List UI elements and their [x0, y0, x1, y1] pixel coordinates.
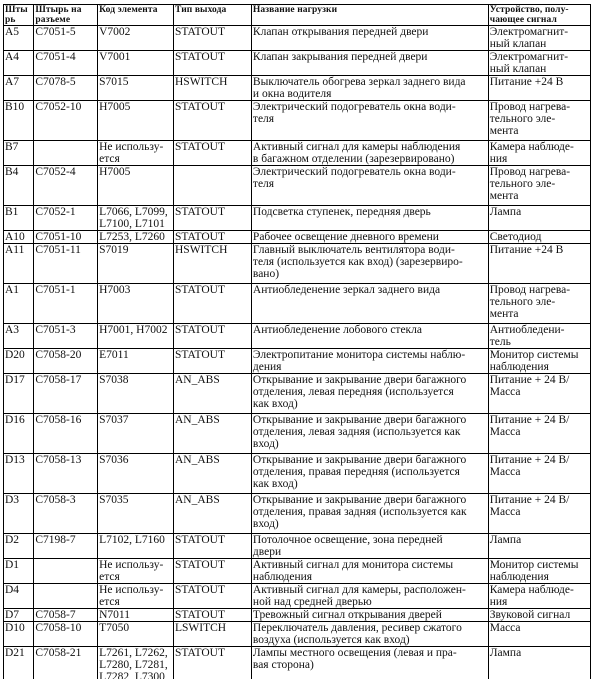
output-type-cell-text: AN_ABS — [175, 494, 250, 506]
element-code-cell-text: N7011 — [99, 609, 172, 621]
load-name-cell-text: Открывание и закрывание двери багажного … — [253, 374, 487, 410]
output-type-cell: STATOUT — [174, 26, 252, 51]
element-code-cell: H7005 — [98, 166, 174, 206]
output-type-cell: STATOUT — [174, 559, 252, 584]
header-element-code: Код элемента — [98, 5, 174, 26]
header-connector-pin-text: Штырь на разъеме — [35, 5, 96, 25]
load-name-cell-text: Активный сигнал для монитора системы наб… — [253, 559, 487, 583]
load-name-cell-text: Открывание и закрывание двери багажного … — [253, 454, 487, 490]
header-pin-text: Шты рь — [5, 5, 32, 25]
output-type-cell-text: STATOUT — [175, 141, 250, 153]
load-name-cell: Главный выключатель вентилятора води- те… — [251, 244, 488, 284]
connector-pin-cell-text: C7051-11 — [35, 244, 96, 256]
element-code-cell: Не использу- ется — [98, 141, 174, 166]
element-code-cell-text: H7003 — [99, 284, 172, 296]
receiving-device-cell-text: Питание +24 В — [490, 244, 589, 256]
connector-pin-cell-text: C7051-5 — [35, 26, 96, 38]
load-name-cell: Электрический подогреватель окна води- т… — [251, 101, 488, 141]
receiving-device-cell: Провод нагрева- тельного эле- мента — [488, 284, 590, 324]
connector-pin-cell-text: C7058-20 — [35, 349, 96, 361]
connector-pin-cell-text: C7052-4 — [35, 166, 96, 178]
pin-cell-text: B4 — [5, 166, 32, 178]
element-code-cell: L7253, L7260 — [98, 231, 174, 244]
load-name-cell: Активный сигнал для камеры наблюдения в … — [251, 141, 488, 166]
connector-pin-cell: C7052-1 — [34, 206, 98, 231]
table-row: D20C7058-20E7011STATOUTЭлектропитание мо… — [4, 349, 591, 374]
element-code-cell-text: Не использу- ется — [99, 559, 172, 583]
table-row: D1Не использу- етсяSTATOUTАктивный сигна… — [4, 559, 591, 584]
output-type-cell: LSWITCH — [174, 622, 252, 647]
pin-cell-text: D21 — [5, 647, 32, 659]
pin-cell-text: D16 — [5, 414, 32, 426]
element-code-cell-text: E7011 — [99, 349, 172, 361]
connector-pin-cell: C7058-21 — [34, 647, 98, 679]
output-type-cell-text: STATOUT — [175, 647, 250, 659]
load-name-cell-text: Клапан закрывания передней двери — [253, 51, 487, 63]
table-row: D4Не использу- етсяSTATOUTАктивный сигна… — [4, 584, 591, 609]
load-name-cell: Подсветка ступенек, передняя дверь — [251, 206, 488, 231]
pin-cell: D4 — [4, 584, 34, 609]
pin-cell: B4 — [4, 166, 34, 206]
element-code-cell: S7036 — [98, 454, 174, 494]
output-type-cell-text: AN_ABS — [175, 454, 250, 466]
output-type-cell: STATOUT — [174, 51, 252, 76]
element-code-cell: S7037 — [98, 414, 174, 454]
element-code-cell: L7102, L7160 — [98, 534, 174, 559]
pin-cell: B10 — [4, 101, 34, 141]
table-row: A4C7051-4V7001STATOUTКлапан закрывания п… — [4, 51, 591, 76]
table-row: A10C7051-10L7253, L7260STATOUTРабочее ос… — [4, 231, 591, 244]
table-row: A1C7051-1H7003STATOUTАнтиобледенение зер… — [4, 284, 591, 324]
output-type-cell-text: STATOUT — [175, 559, 250, 571]
output-type-cell: HSWITCH — [174, 76, 252, 101]
connector-pin-cell: C7058-10 — [34, 622, 98, 647]
table-row: D10C7058-10T7050LSWITCHПереключатель дав… — [4, 622, 591, 647]
load-name-cell-text: Электропитание монитора системы наблю- д… — [253, 349, 487, 373]
element-code-cell: S7035 — [98, 494, 174, 534]
load-name-cell: Открывание и закрывание двери багажного … — [251, 454, 488, 494]
pin-cell: A1 — [4, 284, 34, 324]
pin-cell-text: D3 — [5, 494, 32, 506]
output-type-cell: STATOUT — [174, 647, 252, 679]
pin-cell-text: D10 — [5, 622, 32, 634]
output-type-cell: AN_ABS — [174, 494, 252, 534]
load-name-cell-text: Клапан открывания передней двери — [253, 26, 487, 38]
element-code-cell: S7019 — [98, 244, 174, 284]
load-name-cell: Открывание и закрывание двери багажного … — [251, 494, 488, 534]
load-name-cell-text: Рабочее освещение дневного времени — [253, 231, 487, 243]
pin-cell-text: A5 — [5, 26, 32, 38]
receiving-device-cell: Монитор системы наблюдения — [488, 559, 590, 584]
output-type-cell-text: STATOUT — [175, 26, 250, 38]
output-type-cell: AN_ABS — [174, 414, 252, 454]
element-code-cell-text: H7005 — [99, 101, 172, 113]
pin-cell-text: B1 — [5, 206, 32, 218]
load-name-cell: Рабочее освещение дневного времени — [251, 231, 488, 244]
element-code-cell-text: L7253, L7260 — [99, 231, 172, 243]
pin-cell-text: B7 — [5, 141, 32, 153]
connector-pin-cell: C7052-4 — [34, 166, 98, 206]
output-type-cell-text: STATOUT — [175, 231, 250, 243]
load-name-cell: Лампы местного освещения (левая и пра- в… — [251, 647, 488, 679]
load-name-cell-text: Выключатель обогрева зеркал заднего вида… — [253, 76, 487, 100]
connector-pin-cell: C7078-5 — [34, 76, 98, 101]
connector-pin-cell: C7052-10 — [34, 101, 98, 141]
load-name-cell-text: Переключатель давления, ресивер сжатого … — [253, 622, 487, 646]
output-type-cell — [174, 166, 252, 206]
connector-pin-cell-text: C7052-1 — [35, 206, 96, 218]
load-name-cell-text: Активный сигнал для камеры наблюдения в … — [253, 141, 487, 165]
element-code-cell: V7002 — [98, 26, 174, 51]
load-name-cell-text: Антиобледенение лобового стекла — [253, 324, 487, 336]
load-name-cell-text: Активный сигнал для камеры, расположен- … — [253, 584, 487, 608]
load-name-cell: Выключатель обогрева зеркал заднего вида… — [251, 76, 488, 101]
element-code-cell: Не использу- ется — [98, 559, 174, 584]
element-code-cell: V7001 — [98, 51, 174, 76]
load-name-cell-text: Электрический подогреватель окна води- т… — [253, 101, 487, 125]
pin-cell-text: A7 — [5, 76, 32, 88]
table-row: D13C7058-13S7036AN_ABSОткрывание и закры… — [4, 454, 591, 494]
output-type-cell: HSWITCH — [174, 244, 252, 284]
connector-pin-cell-text: C7058-10 — [35, 622, 96, 634]
connector-pin-cell: C7051-11 — [34, 244, 98, 284]
output-type-cell: STATOUT — [174, 231, 252, 244]
table-row: D17C7058-17S7038AN_ABSОткрывание и закры… — [4, 374, 591, 414]
connector-pin-cell-text: C7058-16 — [35, 414, 96, 426]
load-name-cell: Активный сигнал для монитора системы наб… — [251, 559, 488, 584]
table-row: B10C7052-10H7005STATOUTЭлектрический под… — [4, 101, 591, 141]
receiving-device-cell-text: Лампа — [490, 206, 589, 218]
output-type-cell: STATOUT — [174, 609, 252, 622]
output-type-cell-text: HSWITCH — [175, 244, 250, 256]
element-code-cell-text: S7035 — [99, 494, 172, 506]
receiving-device-cell: Камера наблюде- ния — [488, 584, 590, 609]
connector-pin-cell: C7051-1 — [34, 284, 98, 324]
pin-cell: D7 — [4, 609, 34, 622]
pin-cell-text: D13 — [5, 454, 32, 466]
receiving-device-cell-text: Питание + 24 В/ Масса — [490, 414, 589, 438]
element-code-cell-text: T7050 — [99, 622, 172, 634]
output-type-cell: STATOUT — [174, 206, 252, 231]
load-name-cell-text: Подсветка ступенек, передняя дверь — [253, 206, 487, 218]
connector-pin-cell-text: C7051-3 — [35, 324, 96, 336]
load-name-cell: Электрический подогреватель окна води- т… — [251, 166, 488, 206]
connector-pin-cell: C7058-20 — [34, 349, 98, 374]
load-name-cell: Антиобледенение лобового стекла — [251, 324, 488, 349]
connector-pin-cell — [34, 141, 98, 166]
element-code-cell-text: V7001 — [99, 51, 172, 63]
connector-pin-cell — [34, 559, 98, 584]
output-type-cell: STATOUT — [174, 324, 252, 349]
output-type-cell: STATOUT — [174, 101, 252, 141]
load-name-cell: Открывание и закрывание двери багажного … — [251, 374, 488, 414]
receiving-device-cell: Монитор системы наблюдения — [488, 349, 590, 374]
receiving-device-cell: Электромагнит- ный клапан — [488, 51, 590, 76]
header-element-code-text: Код элемента — [99, 5, 172, 15]
connector-pin-cell: C7051-4 — [34, 51, 98, 76]
connector-pin-cell: C7058-3 — [34, 494, 98, 534]
connector-pin-cell: C7058-13 — [34, 454, 98, 494]
pin-cell: A11 — [4, 244, 34, 284]
connector-pin-cell: C7058-16 — [34, 414, 98, 454]
header-pin: Шты рь — [4, 5, 34, 26]
pin-cell: A5 — [4, 26, 34, 51]
pin-cell: D3 — [4, 494, 34, 534]
output-type-cell-text: STATOUT — [175, 349, 250, 361]
connector-pin-cell-text: C7051-10 — [35, 231, 96, 243]
receiving-device-cell: Питание + 24 В/ Масса — [488, 374, 590, 414]
output-type-cell-text: LSWITCH — [175, 622, 250, 634]
connector-pin-cell-text: C7058-7 — [35, 609, 96, 621]
table-row: B1C7052-1L7066, L7099, L7100, L7101STATO… — [4, 206, 591, 231]
pin-cell: D2 — [4, 534, 34, 559]
table-header-row: Шты рь Штырь на разъеме Код элемента Тип… — [4, 5, 591, 26]
receiving-device-cell-text: Светодиод — [490, 231, 589, 243]
receiving-device-cell: Питание + 24 В/ Масса — [488, 454, 590, 494]
pin-cell: D21 — [4, 647, 34, 679]
element-code-cell: H7005 — [98, 101, 174, 141]
pin-cell-text: D7 — [5, 609, 32, 621]
header-connector-pin: Штырь на разъеме — [34, 5, 98, 26]
element-code-cell: Не использу- ется — [98, 584, 174, 609]
element-code-cell-text: S7037 — [99, 414, 172, 426]
output-type-cell-text: STATOUT — [175, 51, 250, 63]
receiving-device-cell: Звуковой сигнал — [488, 609, 590, 622]
output-type-cell: AN_ABS — [174, 454, 252, 494]
connector-pin-cell-text: C7058-3 — [35, 494, 96, 506]
pin-cell: D16 — [4, 414, 34, 454]
receiving-device-cell-text: Питание +24 В — [490, 76, 589, 88]
header-output-type-text: Тип выхода — [175, 5, 250, 15]
pin-cell-text: A10 — [5, 231, 32, 243]
table-row: A7C7078-5S7015HSWITCHВыключатель обогрев… — [4, 76, 591, 101]
element-code-cell: E7011 — [98, 349, 174, 374]
connector-pin-cell-text: C7058-17 — [35, 374, 96, 386]
load-name-cell-text: Электрический подогреватель окна води- т… — [253, 166, 487, 190]
element-code-cell: S7038 — [98, 374, 174, 414]
pin-cell: D13 — [4, 454, 34, 494]
receiving-device-cell: Провод нагрева- тельного эле- мента — [488, 166, 590, 206]
table-row: B4C7052-4H7005Электрический подогревател… — [4, 166, 591, 206]
table-body: A5C7051-5V7002STATOUTКлапан открывания п… — [4, 26, 591, 679]
connector-pin-cell: C7058-7 — [34, 609, 98, 622]
receiving-device-cell-text: Монитор системы наблюдения — [490, 349, 589, 373]
pin-cell-text: D2 — [5, 534, 32, 546]
load-name-cell: Тревожный сигнал открывания дверей — [251, 609, 488, 622]
table-row: D2C7198-7L7102, L7160STATOUTПотолочное о… — [4, 534, 591, 559]
receiving-device-cell: Питание +24 В — [488, 76, 590, 101]
output-type-cell: STATOUT — [174, 534, 252, 559]
connector-pin-cell: C7051-5 — [34, 26, 98, 51]
pin-cell: B1 — [4, 206, 34, 231]
connector-pin-cell: C7051-3 — [34, 324, 98, 349]
element-code-cell-text: L7066, L7099, L7100, L7101 — [99, 206, 172, 230]
header-receiving-device-text: Устройство, полу- чающее сигнал — [490, 5, 589, 25]
table-row: D16C7058-16S7037AN_ABSОткрывание и закры… — [4, 414, 591, 454]
load-name-cell: Открывание и закрывание двери багажного … — [251, 414, 488, 454]
pin-cell-text: D1 — [5, 559, 32, 571]
connector-pin-cell-text: C7058-21 — [35, 647, 96, 659]
pin-cell: A3 — [4, 324, 34, 349]
load-name-cell: Потолочное освещение, зона передней двер… — [251, 534, 488, 559]
load-name-cell-text: Открывание и закрывание двери багажного … — [253, 414, 487, 450]
output-type-cell-text: AN_ABS — [175, 374, 250, 386]
header-load-name: Название нагрузки — [251, 5, 488, 26]
pin-cell-text: A4 — [5, 51, 32, 63]
header-output-type: Тип выхода — [174, 5, 252, 26]
output-type-cell-text: STATOUT — [175, 101, 250, 113]
element-code-cell-text: Не использу- ется — [99, 141, 172, 165]
receiving-device-cell: Светодиод — [488, 231, 590, 244]
receiving-device-cell-text: Камера наблюде- ния — [490, 141, 589, 165]
pin-cell: D17 — [4, 374, 34, 414]
load-name-cell-text: Открывание и закрывание двери багажного … — [253, 494, 487, 530]
output-type-cell-text: AN_ABS — [175, 414, 250, 426]
load-name-cell: Переключатель давления, ресивер сжатого … — [251, 622, 488, 647]
header-load-name-text: Название нагрузки — [253, 5, 487, 15]
pin-cell: B7 — [4, 141, 34, 166]
receiving-device-cell-text: Электромагнит- ный клапан — [490, 26, 589, 50]
receiving-device-cell: Масса — [488, 622, 590, 647]
load-name-cell-text: Антиобледенение зеркал заднего вида — [253, 284, 487, 296]
receiving-device-cell-text: Провод нагрева- тельного эле- мента — [490, 166, 589, 202]
connector-pin-cell-text: C7051-4 — [35, 51, 96, 63]
receiving-device-cell: Питание + 24 В/ Масса — [488, 494, 590, 534]
pin-cell-text: B10 — [5, 101, 32, 113]
receiving-device-cell-text: Провод нагрева- тельного эле- мента — [490, 101, 589, 137]
receiving-device-cell-text: Электромагнит- ный клапан — [490, 51, 589, 75]
pin-cell-text: A3 — [5, 324, 32, 336]
connector-pin-cell — [34, 584, 98, 609]
pin-cell-text: A11 — [5, 244, 32, 256]
load-name-cell-text: Лампы местного освещения (левая и пра- в… — [253, 647, 487, 671]
output-type-cell: STATOUT — [174, 349, 252, 374]
pin-cell: D20 — [4, 349, 34, 374]
receiving-device-cell-text: Камера наблюде- ния — [490, 584, 589, 608]
receiving-device-cell: Лампа — [488, 206, 590, 231]
element-code-cell: N7011 — [98, 609, 174, 622]
table-row: A3C7051-3H7001, H7002STATOUTАнтиобледене… — [4, 324, 591, 349]
pin-cell-text: A1 — [5, 284, 32, 296]
connector-pin-cell-text: C7058-13 — [35, 454, 96, 466]
receiving-device-cell-text: Лампа — [490, 647, 589, 659]
element-code-cell-text: L7102, L7160 — [99, 534, 172, 546]
output-type-cell: STATOUT — [174, 141, 252, 166]
element-code-cell: L7261, L7262, L7280, L7281, L7282, L7300 — [98, 647, 174, 679]
pin-cell-text: D4 — [5, 584, 32, 596]
connector-pin-cell-text: C7078-5 — [35, 76, 96, 88]
element-code-cell: H7003 — [98, 284, 174, 324]
pin-cell-text: D17 — [5, 374, 32, 386]
output-type-cell-text: STATOUT — [175, 324, 250, 336]
receiving-device-cell-text: Звуковой сигнал — [490, 609, 589, 621]
output-type-cell-text: STATOUT — [175, 284, 250, 296]
output-type-cell-text: STATOUT — [175, 534, 250, 546]
receiving-device-cell-text: Питание + 24 В/ Масса — [490, 454, 589, 478]
load-name-cell-text: Главный выключатель вентилятора води- те… — [253, 244, 487, 280]
connector-pin-cell: C7051-10 — [34, 231, 98, 244]
element-code-cell-text: Не использу- ется — [99, 584, 172, 608]
pin-cell: D1 — [4, 559, 34, 584]
element-code-cell: S7015 — [98, 76, 174, 101]
pin-cell: A7 — [4, 76, 34, 101]
element-code-cell: T7050 — [98, 622, 174, 647]
table-row: D21C7058-21L7261, L7262, L7280, L7281, L… — [4, 647, 591, 679]
receiving-device-cell: Питание + 24 В/ Масса — [488, 414, 590, 454]
pin-assignment-table: Шты рь Штырь на разъеме Код элемента Тип… — [3, 4, 591, 679]
output-type-cell-text: STATOUT — [175, 206, 250, 218]
output-type-cell-text: STATOUT — [175, 609, 250, 621]
receiving-device-cell-text: Лампа — [490, 534, 589, 546]
element-code-cell-text: H7005 — [99, 166, 172, 178]
element-code-cell-text: S7019 — [99, 244, 172, 256]
element-code-cell-text: S7015 — [99, 76, 172, 88]
output-type-cell: STATOUT — [174, 284, 252, 324]
connector-pin-cell: C7058-17 — [34, 374, 98, 414]
output-type-cell: AN_ABS — [174, 374, 252, 414]
element-code-cell-text: S7038 — [99, 374, 172, 386]
connector-pin-cell: C7198-7 — [34, 534, 98, 559]
element-code-cell: L7066, L7099, L7100, L7101 — [98, 206, 174, 231]
load-name-cell: Клапан открывания передней двери — [251, 26, 488, 51]
receiving-device-cell: Лампа — [488, 534, 590, 559]
load-name-cell: Активный сигнал для камеры, расположен- … — [251, 584, 488, 609]
output-type-cell-text: STATOUT — [175, 584, 250, 596]
table-row: B7Не использу- етсяSTATOUTАктивный сигна… — [4, 141, 591, 166]
receiving-device-cell-text: Питание + 24 В/ Масса — [490, 374, 589, 398]
receiving-device-cell-text: Питание + 24 В/ Масса — [490, 494, 589, 518]
receiving-device-cell: Питание +24 В — [488, 244, 590, 284]
receiving-device-cell-text: Масса — [490, 622, 589, 634]
table-row: A11C7051-11S7019HSWITCHГлавный выключате… — [4, 244, 591, 284]
connector-pin-cell-text: C7198-7 — [35, 534, 96, 546]
receiving-device-cell-text: Провод нагрева- тельного эле- мента — [490, 284, 589, 320]
load-name-cell: Клапан закрывания передней двери — [251, 51, 488, 76]
load-name-cell: Антиобледенение зеркал заднего вида — [251, 284, 488, 324]
element-code-cell-text: H7001, H7002 — [99, 324, 172, 336]
element-code-cell-text: S7036 — [99, 454, 172, 466]
element-code-cell-text: V7002 — [99, 26, 172, 38]
receiving-device-cell: Электромагнит- ный клапан — [488, 26, 590, 51]
element-code-cell-text: L7261, L7262, L7280, L7281, L7282, L7300 — [99, 647, 172, 679]
pin-cell: A4 — [4, 51, 34, 76]
receiving-device-cell: Лампа — [488, 647, 590, 679]
element-code-cell: H7001, H7002 — [98, 324, 174, 349]
header-receiving-device: Устройство, полу- чающее сигнал — [488, 5, 590, 26]
pin-cell-text: D20 — [5, 349, 32, 361]
table-row: D7C7058-7N7011STATOUTТревожный сигнал от… — [4, 609, 591, 622]
receiving-device-cell-text: Антиобледени- тель — [490, 324, 589, 348]
load-name-cell-text: Тревожный сигнал открывания дверей — [253, 609, 487, 621]
load-name-cell-text: Потолочное освещение, зона передней двер… — [253, 534, 487, 558]
table-row: A5C7051-5V7002STATOUTКлапан открывания п… — [4, 26, 591, 51]
load-name-cell: Электропитание монитора системы наблю- д… — [251, 349, 488, 374]
receiving-device-cell: Провод нагрева- тельного эле- мента — [488, 101, 590, 141]
receiving-device-cell: Камера наблюде- ния — [488, 141, 590, 166]
output-type-cell: STATOUT — [174, 584, 252, 609]
output-type-cell-text: HSWITCH — [175, 76, 250, 88]
pin-cell: D10 — [4, 622, 34, 647]
receiving-device-cell-text: Монитор системы наблюдения — [490, 559, 589, 583]
receiving-device-cell: Антиобледени- тель — [488, 324, 590, 349]
pin-cell: A10 — [4, 231, 34, 244]
table-row: D3C7058-3S7035AN_ABSОткрывание и закрыва… — [4, 494, 591, 534]
connector-pin-cell-text: C7052-10 — [35, 101, 96, 113]
connector-pin-cell-text: C7051-1 — [35, 284, 96, 296]
